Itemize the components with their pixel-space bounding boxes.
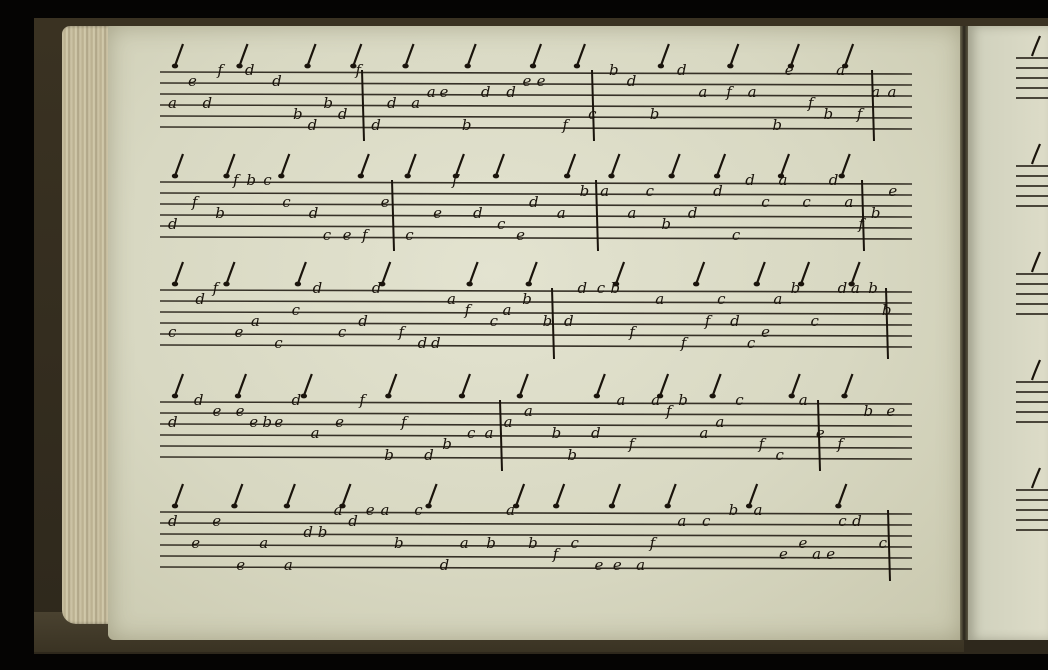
svg-text:e: e <box>433 204 442 222</box>
svg-text:d: d <box>506 83 516 101</box>
svg-text:b: b <box>661 215 671 233</box>
svg-text:a: a <box>484 424 493 442</box>
tablature-system: dfbfbccdcefecefdcedabaacbddcdcacdafbe <box>160 154 912 251</box>
svg-text:d: d <box>424 446 434 464</box>
svg-text:b: b <box>486 534 496 552</box>
svg-text:a: a <box>557 204 566 222</box>
svg-text:a: a <box>799 391 808 409</box>
svg-text:e: e <box>335 413 344 431</box>
svg-text:a: a <box>651 391 660 409</box>
svg-text:e: e <box>826 545 835 563</box>
svg-text:b: b <box>772 116 782 134</box>
svg-text:d: d <box>303 523 313 541</box>
svg-text:c: c <box>570 534 579 552</box>
svg-text:d: d <box>564 312 574 330</box>
tablature-ink: aedfddbdbdfddaaebddeefcbdbdafabefbafaadf… <box>0 0 1048 670</box>
svg-text:a: a <box>888 83 897 101</box>
svg-text:d: d <box>627 72 637 90</box>
svg-text:f: f <box>464 301 473 319</box>
svg-text:f: f <box>725 83 734 101</box>
svg-text:e: e <box>366 501 375 519</box>
svg-text:d: d <box>387 94 397 112</box>
svg-text:a: a <box>251 312 260 330</box>
svg-text:b: b <box>522 290 532 308</box>
svg-text:a: a <box>524 402 533 420</box>
svg-text:b: b <box>791 279 801 297</box>
svg-text:f: f <box>704 312 713 330</box>
svg-text:c: c <box>597 279 606 297</box>
svg-text:d: d <box>745 171 755 189</box>
svg-text:d: d <box>473 204 483 222</box>
svg-text:e: e <box>249 413 258 431</box>
svg-text:c: c <box>263 171 272 189</box>
svg-text:f: f <box>758 435 767 453</box>
svg-text:b: b <box>246 171 256 189</box>
svg-text:d: d <box>338 105 348 123</box>
svg-text:e: e <box>523 72 532 90</box>
svg-text:e: e <box>236 556 245 574</box>
svg-text:a: a <box>259 534 268 552</box>
svg-text:c: c <box>811 312 820 330</box>
svg-text:d: d <box>577 279 587 297</box>
svg-text:d: d <box>309 204 319 222</box>
svg-text:e: e <box>516 226 525 244</box>
svg-text:e: e <box>234 323 243 341</box>
svg-text:b: b <box>442 435 452 453</box>
svg-text:a: a <box>506 501 515 519</box>
svg-text:e: e <box>594 556 603 574</box>
svg-text:d: d <box>418 334 428 352</box>
svg-text:f: f <box>397 323 406 341</box>
tablature-system: deeeaadbadeabcdababfceeafacbaeeaecdc <box>160 484 912 581</box>
svg-text:a: a <box>636 556 645 574</box>
svg-text:f: f <box>552 545 561 563</box>
svg-text:b: b <box>384 446 394 464</box>
svg-text:a: a <box>381 501 390 519</box>
svg-text:c: c <box>168 323 177 341</box>
svg-text:f: f <box>400 413 409 431</box>
svg-text:d: d <box>371 116 381 134</box>
svg-text:d: d <box>730 312 740 330</box>
svg-text:e: e <box>213 402 222 420</box>
svg-text:e: e <box>191 534 200 552</box>
svg-text:a: a <box>871 83 880 101</box>
svg-text:b: b <box>528 534 538 552</box>
svg-text:b: b <box>318 523 328 541</box>
svg-text:f: f <box>628 435 637 453</box>
svg-text:c: c <box>282 193 291 211</box>
svg-text:b: b <box>394 534 404 552</box>
svg-text:e: e <box>888 182 897 200</box>
svg-text:b: b <box>882 301 892 319</box>
svg-text:e: e <box>785 61 794 79</box>
svg-text:f: f <box>361 226 370 244</box>
svg-text:e: e <box>886 402 895 420</box>
svg-text:b: b <box>868 279 878 297</box>
svg-text:d: d <box>358 312 368 330</box>
svg-text:c: c <box>414 501 423 519</box>
svg-text:f: f <box>232 171 241 189</box>
svg-text:d: d <box>348 512 358 530</box>
svg-text:d: d <box>431 334 441 352</box>
svg-text:a: a <box>427 83 436 101</box>
svg-text:a: a <box>699 424 708 442</box>
svg-text:d: d <box>481 83 491 101</box>
svg-text:b: b <box>543 312 553 330</box>
svg-text:a: a <box>503 301 512 319</box>
svg-text:a: a <box>447 290 456 308</box>
tablature-system: aedfddbdbdfddaaebddeefcbdbdafabefbafaa <box>160 44 912 141</box>
svg-text:e: e <box>274 413 283 431</box>
svg-text:b: b <box>215 204 225 222</box>
svg-text:a: a <box>655 290 664 308</box>
svg-text:e: e <box>613 556 622 574</box>
svg-text:f: f <box>856 105 865 123</box>
svg-text:c: c <box>490 312 499 330</box>
svg-text:a: a <box>284 556 293 574</box>
svg-text:f: f <box>358 391 367 409</box>
svg-text:e: e <box>212 512 221 530</box>
svg-text:a: a <box>411 94 420 112</box>
svg-text:d: d <box>272 72 282 90</box>
svg-text:b: b <box>864 402 874 420</box>
svg-text:e: e <box>799 534 808 552</box>
svg-text:f: f <box>191 193 200 211</box>
svg-text:a: a <box>773 290 782 308</box>
svg-text:a: a <box>836 61 845 79</box>
svg-text:d: d <box>203 94 213 112</box>
svg-text:d: d <box>688 204 698 222</box>
svg-text:f: f <box>216 61 225 79</box>
svg-text:d: d <box>195 290 205 308</box>
svg-text:e: e <box>816 424 825 442</box>
svg-text:d: d <box>529 193 539 211</box>
svg-text:d: d <box>168 215 178 233</box>
svg-text:b: b <box>323 94 333 112</box>
svg-text:c: c <box>323 226 332 244</box>
svg-text:e: e <box>343 226 352 244</box>
svg-text:b: b <box>729 501 739 519</box>
svg-text:a: a <box>851 279 860 297</box>
svg-text:f: f <box>807 94 816 112</box>
svg-text:c: c <box>802 193 811 211</box>
svg-text:c: c <box>735 391 744 409</box>
svg-text:d: d <box>591 424 601 442</box>
svg-text:b: b <box>293 105 303 123</box>
svg-text:d: d <box>838 279 848 297</box>
svg-text:d: d <box>245 61 255 79</box>
svg-text:d: d <box>291 391 301 409</box>
svg-text:d: d <box>308 116 318 134</box>
svg-text:a: a <box>460 534 469 552</box>
svg-text:f: f <box>665 402 674 420</box>
svg-text:a: a <box>715 413 724 431</box>
svg-text:e: e <box>236 402 245 420</box>
svg-text:e: e <box>779 545 788 563</box>
svg-text:d: d <box>829 171 839 189</box>
svg-text:e: e <box>761 323 770 341</box>
svg-text:a: a <box>753 501 762 519</box>
svg-text:c: c <box>467 424 476 442</box>
svg-text:d: d <box>168 512 178 530</box>
svg-text:a: a <box>334 501 343 519</box>
tablature-system: cdfeaccdcddfddafcabbddcbfaffcdceabcdabb <box>160 262 912 359</box>
svg-text:c: c <box>338 323 347 341</box>
svg-text:e: e <box>381 193 390 211</box>
svg-text:f: f <box>628 323 637 341</box>
svg-text:f: f <box>561 116 570 134</box>
svg-text:c: c <box>702 512 711 530</box>
svg-text:a: a <box>600 182 609 200</box>
svg-text:d: d <box>852 512 862 530</box>
svg-text:f: f <box>680 334 689 352</box>
svg-text:a: a <box>168 94 177 112</box>
svg-text:a: a <box>311 424 320 442</box>
svg-text:d: d <box>194 391 204 409</box>
svg-text:a: a <box>698 83 707 101</box>
svg-text:f: f <box>212 279 221 297</box>
svg-text:c: c <box>717 290 726 308</box>
svg-text:c: c <box>838 512 847 530</box>
svg-text:a: a <box>504 413 513 431</box>
svg-text:d: d <box>440 556 450 574</box>
svg-text:a: a <box>748 83 757 101</box>
svg-text:b: b <box>609 61 619 79</box>
svg-text:a: a <box>616 391 625 409</box>
svg-text:c: c <box>497 215 506 233</box>
svg-text:d: d <box>313 279 323 297</box>
svg-text:c: c <box>292 301 301 319</box>
svg-text:b: b <box>678 391 688 409</box>
svg-text:b: b <box>462 116 472 134</box>
svg-text:c: c <box>761 193 770 211</box>
svg-text:f: f <box>857 215 866 233</box>
svg-text:b: b <box>580 182 590 200</box>
svg-text:e: e <box>188 72 197 90</box>
svg-text:b: b <box>871 204 881 222</box>
svg-text:a: a <box>844 193 853 211</box>
svg-text:c: c <box>879 534 888 552</box>
svg-text:c: c <box>747 334 756 352</box>
svg-text:c: c <box>775 446 784 464</box>
svg-text:c: c <box>274 334 283 352</box>
svg-text:f: f <box>649 534 658 552</box>
svg-text:e: e <box>440 83 449 101</box>
svg-text:b: b <box>824 105 834 123</box>
svg-text:f: f <box>451 171 460 189</box>
svg-text:b: b <box>610 279 620 297</box>
svg-text:c: c <box>732 226 741 244</box>
svg-text:a: a <box>677 512 686 530</box>
svg-text:f: f <box>836 435 845 453</box>
svg-text:c: c <box>646 182 655 200</box>
svg-text:b: b <box>650 105 660 123</box>
svg-text:b: b <box>262 413 272 431</box>
svg-text:d: d <box>168 413 178 431</box>
svg-text:b: b <box>552 424 562 442</box>
svg-text:d: d <box>713 182 723 200</box>
svg-text:a: a <box>627 204 636 222</box>
svg-text:d: d <box>372 279 382 297</box>
svg-text:a: a <box>779 171 788 189</box>
svg-text:a: a <box>812 545 821 563</box>
svg-text:b: b <box>567 446 577 464</box>
svg-text:d: d <box>677 61 687 79</box>
tablature-system: ddeeebedaefbfdbcaaabbdafafbaacfcaefbe <box>160 374 912 471</box>
svg-text:c: c <box>588 105 597 123</box>
svg-text:c: c <box>405 226 414 244</box>
svg-text:e: e <box>537 72 546 90</box>
